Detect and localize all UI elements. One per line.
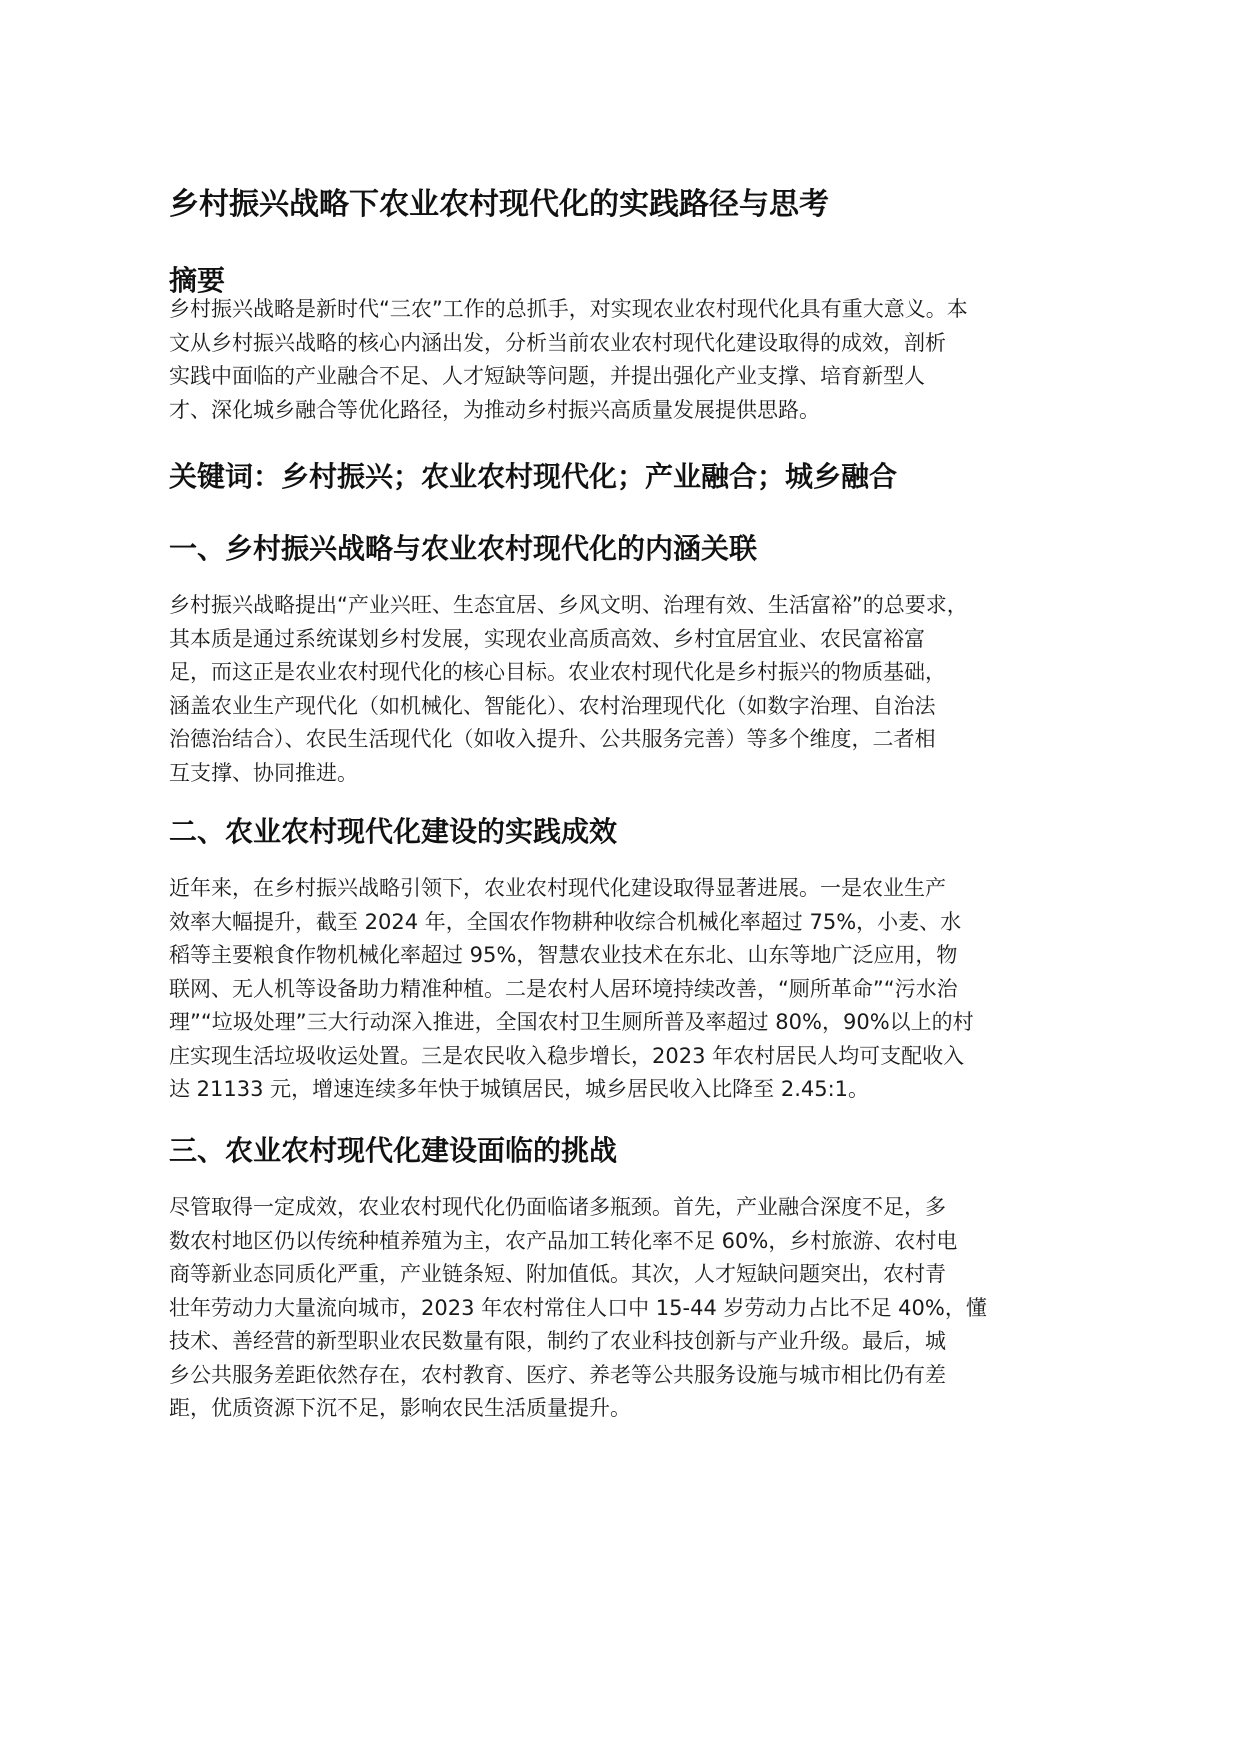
section-1-paragraph: 乡村振兴战略提出“产业兴旺、生态宜居、乡风文明、治理有效、生活富裕”的总要求， … xyxy=(169,589,959,790)
text-line: 才、深化城乡融合等优化路径，为推动乡村振兴高质量发展提供思路。 xyxy=(169,394,959,428)
section-3-paragraph: 尽管取得一定成效，农业农村现代化仍面临诸多瓶颈。首先，产业融合深度不足，多 数农… xyxy=(169,1191,959,1426)
text-line: 其本质是通过系统谋划乡村发展，实现农业高质高效、乡村宜居宜业、农民富裕富 xyxy=(169,623,959,657)
text-line: 稻等主要粮食作物机械化率超过 95%，智慧农业技术在东北、山东等地广泛应用，物 xyxy=(169,939,959,973)
section-1-heading: 一、乡村振兴战略与农业农村现代化的内涵关联 xyxy=(169,530,757,568)
section-2-heading: 二、农业农村现代化建设的实践成效 xyxy=(169,813,617,851)
text-line: 庄实现生活垃圾收运处置。三是农民收入稳步增长，2023 年农村居民人均可支配收入 xyxy=(169,1040,959,1074)
text-line: 治德治结合）、农民生活现代化（如收入提升、公共服务完善）等多个维度，二者相 xyxy=(169,723,959,757)
text-line: 乡村振兴战略是新时代“三农”工作的总抓手，对实现农业农村现代化具有重大意义。本 xyxy=(169,293,959,327)
text-line: 尽管取得一定成效，农业农村现代化仍面临诸多瓶颈。首先，产业融合深度不足，多 xyxy=(169,1191,959,1225)
text-line: 数农村地区仍以传统种植养殖为主，农产品加工转化率不足 60%，乡村旅游、农村电 xyxy=(169,1225,959,1259)
text-line: 文从乡村振兴战略的核心内涵出发，分析当前农业农村现代化建设取得的成效，剖析 xyxy=(169,327,959,361)
text-line: 互支撑、协同推进。 xyxy=(169,757,959,791)
document-title: 乡村振兴战略下农业农村现代化的实践路径与思考 xyxy=(169,185,829,225)
text-line: 达 21133 元，增速连续多年快于城镇居民，城乡居民收入比降至 2.45:1。 xyxy=(169,1073,959,1107)
section-2-paragraph: 近年来，在乡村振兴战略引领下，农业农村现代化建设取得显著进展。一是农业生产 效率… xyxy=(169,872,959,1107)
text-line: 效率大幅提升，截至 2024 年，全国农作物耕种收综合机械化率超过 75%，小麦… xyxy=(169,906,959,940)
text-line: 近年来，在乡村振兴战略引领下，农业农村现代化建设取得显著进展。一是农业生产 xyxy=(169,872,959,906)
text-line: 技术、善经营的新型职业农民数量有限，制约了农业科技创新与产业升级。最后，城 xyxy=(169,1325,959,1359)
text-line: 乡公共服务差距依然存在，农村教育、医疗、养老等公共服务设施与城市相比仍有差 xyxy=(169,1359,959,1393)
text-line: 壮年劳动力大量流向城市，2023 年农村常住人口中 15-44 岁劳动力占比不足… xyxy=(169,1292,959,1326)
text-line: 实践中面临的产业融合不足、人才短缺等问题，并提出强化产业支撑、培育新型人 xyxy=(169,360,959,394)
text-line: 足，而这正是农业农村现代化的核心目标。农业农村现代化是乡村振兴的物质基础， xyxy=(169,656,959,690)
text-line: 距，优质资源下沉不足，影响农民生活质量提升。 xyxy=(169,1392,959,1426)
section-3-heading: 三、农业农村现代化建设面临的挑战 xyxy=(169,1132,617,1170)
text-line: 涵盖农业生产现代化（如机械化、智能化）、农村治理现代化（如数字治理、自治法 xyxy=(169,690,959,724)
text-line: 理”“垃圾处理”三大行动深入推进，全国农村卫生厕所普及率超过 80%，90%以上… xyxy=(169,1006,959,1040)
text-line: 乡村振兴战略提出“产业兴旺、生态宜居、乡风文明、治理有效、生活富裕”的总要求， xyxy=(169,589,959,623)
text-line: 商等新业态同质化严重，产业链条短、附加值低。其次，人才短缺问题突出，农村青 xyxy=(169,1258,959,1292)
text-line: 联网、无人机等设备助力精准种植。二是农村人居环境持续改善，“厕所革命”“污水治 xyxy=(169,973,959,1007)
abstract-paragraph: 乡村振兴战略是新时代“三农”工作的总抓手，对实现农业农村现代化具有重大意义。本 … xyxy=(169,293,959,427)
keywords-heading: 关键词：乡村振兴；农业农村现代化；产业融合；城乡融合 xyxy=(169,458,897,496)
